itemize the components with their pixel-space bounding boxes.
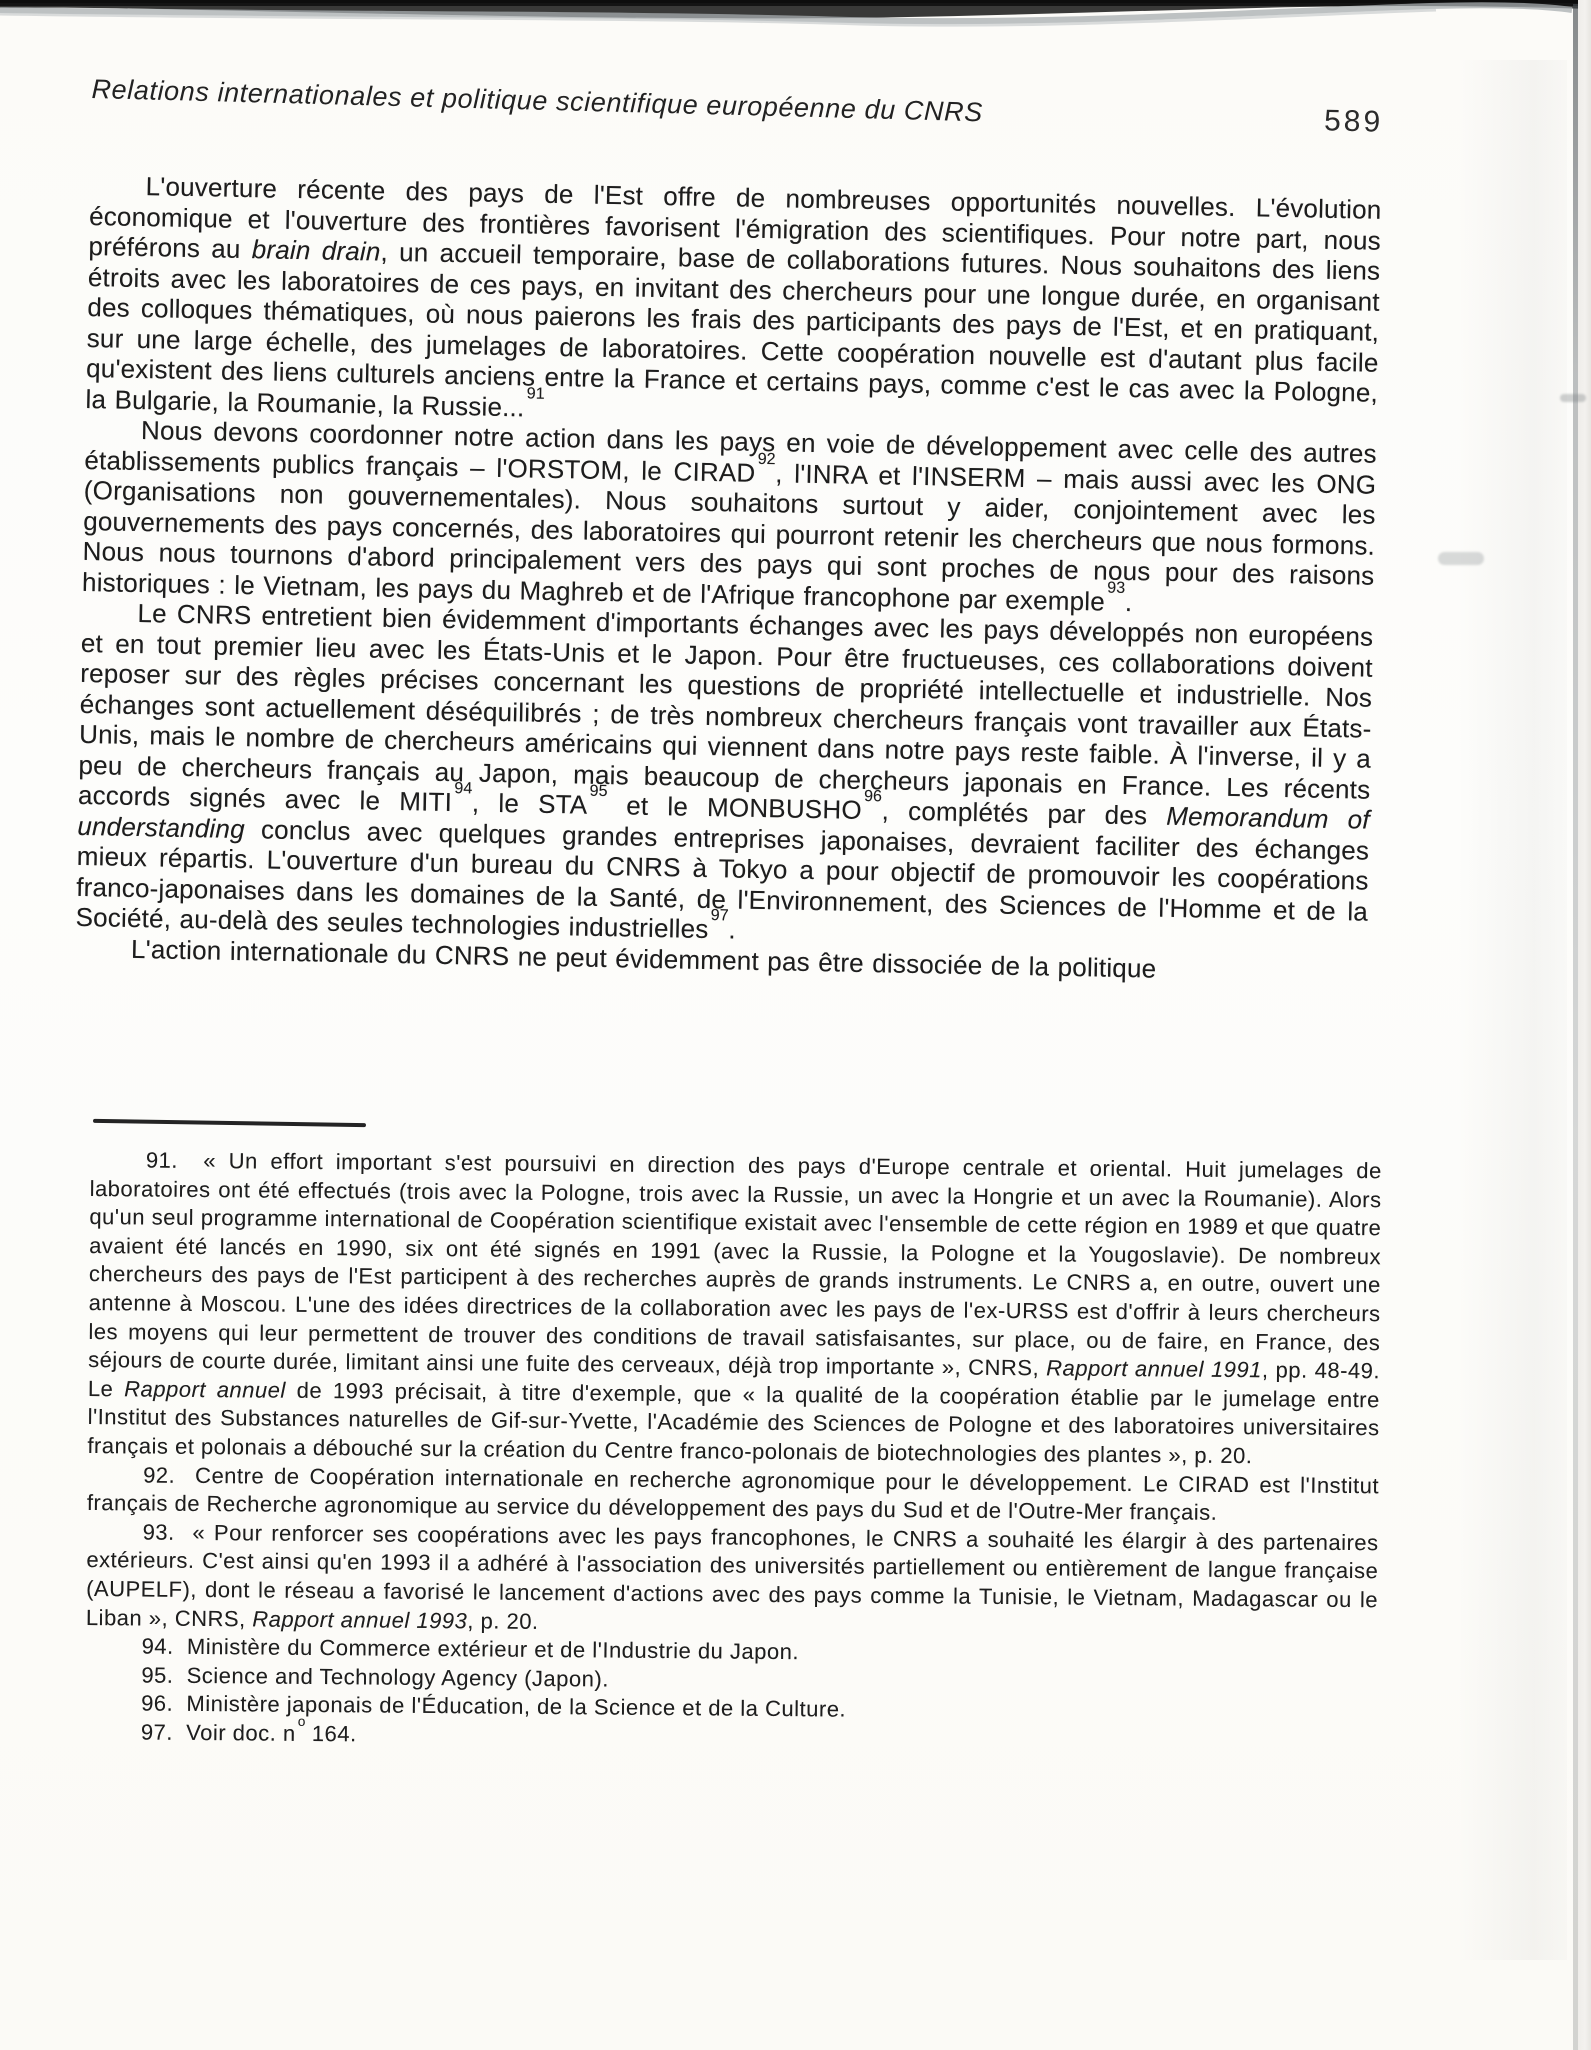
page-header: Relations internationales et politique s… (91, 72, 1383, 140)
page-number: 589 (1324, 104, 1384, 140)
scan-edge-top (0, 0, 1591, 40)
paragraph-3: Le CNRS entretient bien évidemment d'imp… (75, 597, 1373, 957)
scan-smudge (1438, 552, 1484, 565)
footnote-91: 91. « Un effort important s'est poursuiv… (87, 1146, 1382, 1472)
body-text: L'ouverture récente des pays de l'Est of… (75, 170, 1382, 988)
page-edge-line (1573, 4, 1578, 2050)
footnote-93: 93. « Pour renforcer ses coopérations av… (86, 1518, 1379, 1644)
running-title: Relations internationales et politique s… (91, 74, 983, 128)
paragraph-2: Nous devons coordonner notre action dans… (82, 414, 1377, 622)
paragraph-1: L'ouverture récente des pays de l'Est of… (85, 170, 1381, 439)
page-edge-strip (1578, 0, 1591, 2050)
scanned-book-page: Relations internationales et politique s… (0, 0, 1591, 2050)
page-curl-shadow (1457, 60, 1567, 1960)
footnote-separator (93, 1119, 366, 1127)
scan-smudge (1560, 394, 1586, 402)
footnotes: 91. « Un effort important s'est poursuiv… (85, 1146, 1382, 1758)
